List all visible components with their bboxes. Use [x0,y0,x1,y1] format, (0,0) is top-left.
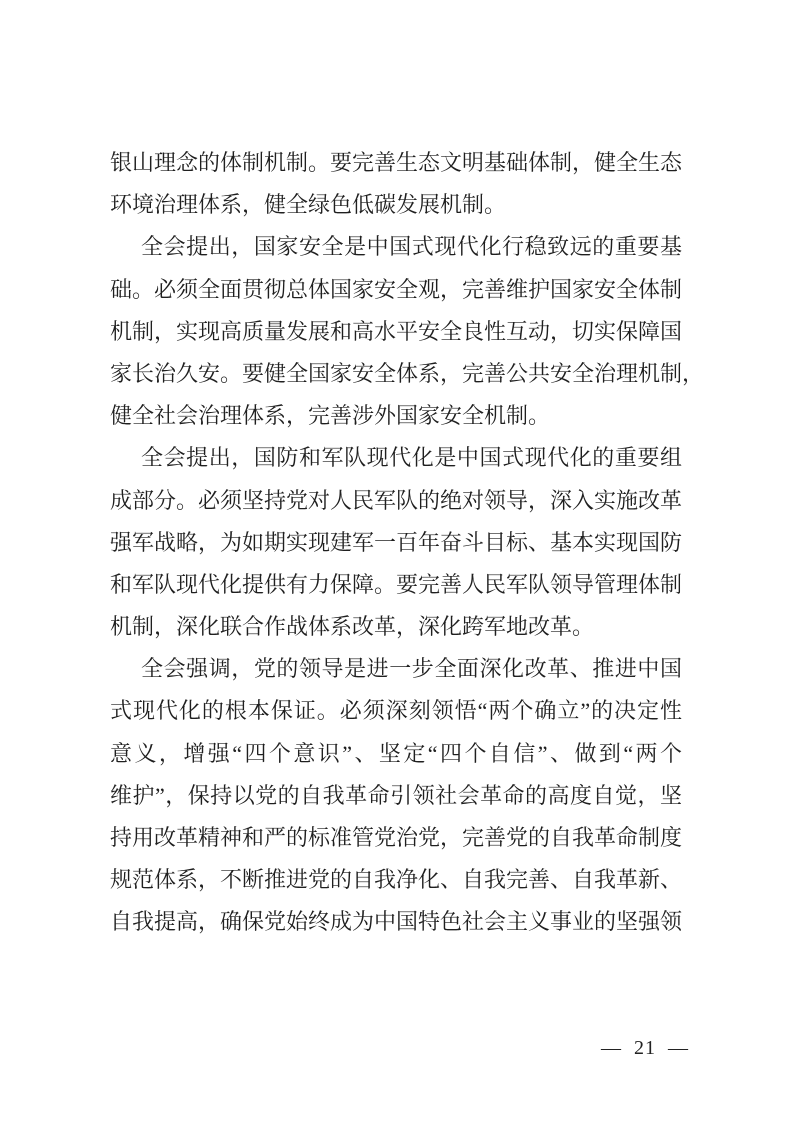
text-line: 础。必须全面贯彻总体国家安全观，完善维护国家安全体制 [110,269,682,311]
text-line: 维护”，保持以党的自我革命引领社会革命的高度自觉，坚 [110,775,682,817]
text-line: 持用改革精神和严的标准管党治党，完善党的自我革命制度 [110,817,682,859]
text-line: 全会强调，党的领导是进一步全面深化改革、推进中国 [110,648,682,690]
text-line: 意义，增强“四个意识”、坚定“四个自信”、做到“两个 [110,733,682,775]
page-number: — 21 — [601,1037,689,1059]
text-line: 和军队现代化提供有力保障。要完善人民军队领导管理体制 [110,564,682,606]
text-line: 自我提高，确保党始终成为中国特色社会主义事业的坚强领 [110,901,682,943]
text-line: 家长治久安。要健全国家安全体系，完善公共安全治理机制， [110,353,682,395]
text-line: 全会提出，国家安全是中国式现代化行稳致远的重要基 [110,226,682,268]
document-page: 银山理念的体制机制。要完善生态文明基础体制，健全生态环境治理体系，健全绿色低碳发… [0,0,793,1122]
text-line: 环境治理体系，健全绿色低碳发展机制。 [110,184,682,226]
text-line: 式现代化的根本保证。必须深刻领悟“两个确立”的决定性 [110,690,682,732]
text-line: 规范体系，不断推进党的自我净化、自我完善、自我革新、 [110,859,682,901]
text-line: 健全社会治理体系，完善涉外国家安全机制。 [110,395,682,437]
text-line: 成部分。必须坚持党对人民军队的绝对领导，深入实施改革 [110,480,682,522]
text-line: 银山理念的体制机制。要完善生态文明基础体制，健全生态 [110,142,682,184]
text-line: 全会提出，国防和军队现代化是中国式现代化的重要组 [110,437,682,479]
body-text-block: 银山理念的体制机制。要完善生态文明基础体制，健全生态环境治理体系，健全绿色低碳发… [110,142,682,944]
text-line: 强军战略，为如期实现建军一百年奋斗目标、基本实现国防 [110,522,682,564]
text-line: 机制，深化联合作战体系改革，深化跨军地改革。 [110,606,682,648]
text-line: 机制，实现高质量发展和高水平安全良性互动，切实保障国 [110,311,682,353]
page-footer: — 21 — [601,1033,689,1063]
